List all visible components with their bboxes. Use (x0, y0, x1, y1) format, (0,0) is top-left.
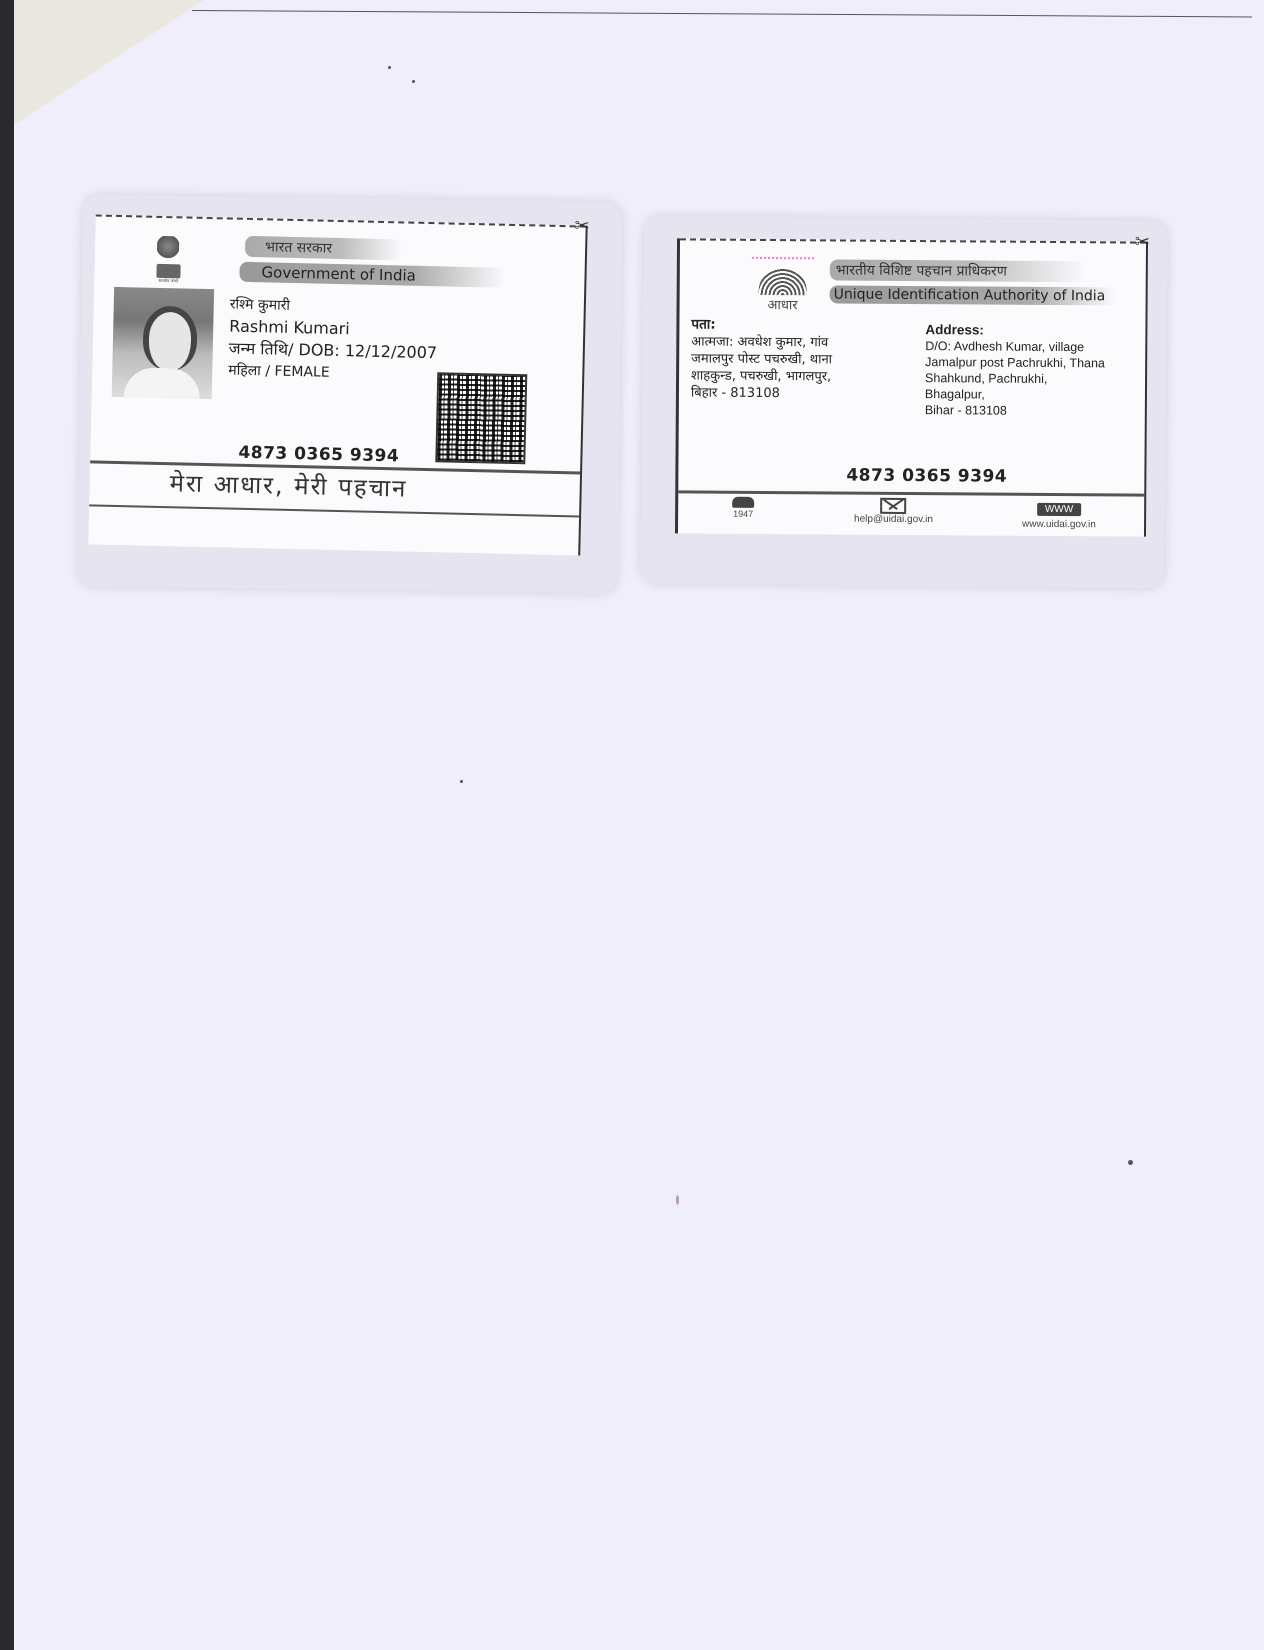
address-line: शाहकुन्ड, पचरुखी, भागलपुर, (691, 367, 891, 385)
address-line: जमालपुर पोस्ट पचरुखी, थाना (691, 350, 891, 368)
address-line: Shahkund, Pachrukhi, (925, 370, 1140, 388)
address-line: Bhagalpur, (925, 386, 1140, 404)
www-icon: WWW (1037, 503, 1081, 516)
scan-speck (412, 80, 415, 83)
website-url: www.uidai.gov.in (1022, 519, 1096, 531)
website-contact: WWW www.uidai.gov.in (1022, 503, 1096, 531)
fingerprint-icon (759, 267, 807, 295)
address-line: Bihar - 813108 (925, 402, 1140, 420)
card-footer: 1947 help@uidai.gov.in WWW www.uidai.gov… (678, 496, 1144, 535)
emblem-motto: सत्यमेव जयते (156, 278, 180, 285)
govt-hindi-label: भारत सरकार (245, 236, 402, 261)
scan-speck (676, 1195, 679, 1205)
govt-english-label: Government of India (239, 262, 506, 288)
aadhaar-back-card: ✂ आधार भारतीय विशिष्ट पहचान प्राधिकरण Un… (675, 238, 1148, 536)
folded-corner (14, 0, 204, 125)
address-line: D/O: Avdhesh Kumar, village (925, 338, 1140, 356)
divider (89, 504, 579, 517)
scissors-icon: ✂ (1135, 232, 1150, 253)
scan-speck (1128, 1160, 1133, 1165)
holder-photo (112, 287, 214, 399)
telephone-icon (732, 497, 754, 508)
helpline-number: 1947 (733, 509, 753, 519)
divider (678, 490, 1144, 496)
authority-english: Unique Identification Authority of India (830, 285, 1116, 305)
aadhaar-number: 4873 0365 9394 (238, 443, 399, 467)
email-address: help@uidai.gov.in (854, 514, 933, 526)
address-line: Jamalpur post Pachrukhi, Thana (925, 354, 1140, 372)
scan-speck (388, 66, 391, 69)
slogan: मेरा आधार, मेरी पहचान (169, 466, 407, 504)
address-english: Address: D/O: Avdhesh Kumar, village Jam… (925, 322, 1141, 419)
address-line: आत्मजा: अवधेश कुमार, गांव (691, 333, 891, 351)
authority-hindi: भारतीय विशिष्ट पहचान प्राधिकरण (830, 259, 1087, 282)
address-line: बिहार - 813108 (691, 384, 891, 402)
address-hindi: पता: आत्मजा: अवधेश कुमार, गांव जमालपुर प… (691, 316, 892, 402)
aadhaar-front-card: ✂ सत्यमेव जयते भारत सरकार Government of … (88, 214, 587, 555)
address-label-hindi: पता: (691, 316, 891, 334)
scissors-icon: ✂ (574, 215, 590, 236)
holder-info: रश्मि कुमारी Rashmi Kumari जन्म तिथि/ DO… (228, 294, 438, 387)
national-emblem-icon: सत्यमेव जयते (156, 236, 181, 285)
aadhaar-number: 4873 0365 9394 (846, 466, 1007, 487)
page-top-line (192, 10, 1252, 17)
address-label-english: Address: (925, 322, 1140, 340)
email-contact: help@uidai.gov.in (854, 498, 933, 526)
qr-code (435, 372, 527, 464)
aadhaar-logo-icon: आधार (750, 257, 816, 313)
helpline: 1947 (732, 497, 754, 519)
envelope-icon (881, 498, 907, 514)
scan-speck (460, 780, 463, 783)
scanner-edge (0, 0, 14, 1650)
logo-word: आधार (750, 295, 816, 313)
